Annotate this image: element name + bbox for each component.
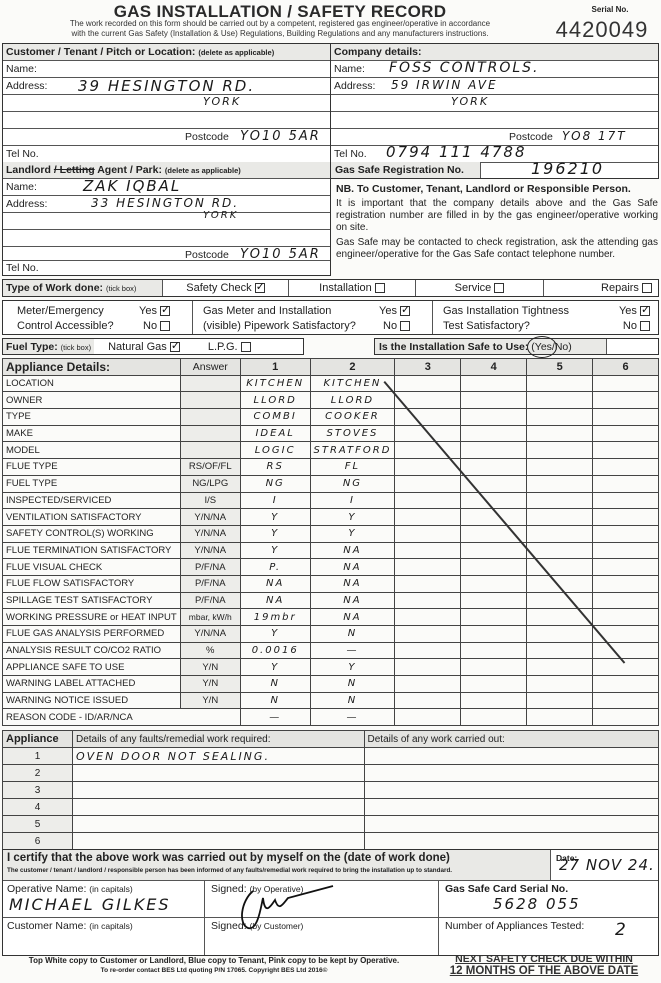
appliance-details-table: Appliance Details: Answer 1 2 3 4 5 6 LO…	[2, 358, 659, 726]
landlord-name-field[interactable]: ZAK IQBAL	[83, 177, 181, 195]
company-section: Company details: Name: FOSS CONTROLS. Ad…	[330, 43, 659, 179]
work-type-repairs[interactable]: Repairs	[544, 280, 658, 296]
table-row: APPLIANCE SAFE TO USEY/NYY	[3, 659, 659, 676]
service-checkbox[interactable]	[494, 283, 504, 293]
installation-safe-row: Is the Installation Safe to Use: (Yes/No…	[374, 338, 659, 355]
table-row: 6	[3, 833, 659, 850]
work-type-row: Type of Work done: (tick box) Safety Che…	[2, 279, 659, 297]
certify-statement: I certify that the above work was carrie…	[7, 852, 450, 864]
natural-gas-checkbox[interactable]	[170, 342, 180, 352]
tightness-no-checkbox[interactable]	[640, 321, 650, 331]
installation-checkbox[interactable]	[375, 283, 385, 293]
copies-note: Top White copy to Customer or Landlord, …	[4, 956, 424, 965]
operative-name-field[interactable]: MICHAEL GILKES	[9, 895, 171, 914]
landlord-address-line2[interactable]: YORK	[203, 210, 238, 221]
table-row: WARNING LABEL ATTACHEDY/NNN	[3, 676, 659, 693]
table-row: SPILLAGE TEST SATISFACTORYP/F/NANANA	[3, 592, 659, 609]
company-heading: Company details:	[334, 46, 422, 58]
table-row: 4	[3, 799, 659, 816]
table-row: 1OVEN DOOR NOT SEALING.	[3, 748, 659, 765]
yes-circled-mark	[527, 336, 557, 358]
checks-row: Meter/Emergency Control Accessible? Yes …	[2, 300, 659, 335]
table-row: LOCATIONKITCHENKITCHEN	[3, 375, 659, 392]
table-row: 5	[3, 816, 659, 833]
customer-address-line1[interactable]: 39 HESINGTON RD.	[78, 77, 255, 95]
table-row: MODELLOGICSTRATFORD	[3, 442, 659, 459]
landlord-heading: Landlord / Letting Agent / Park: (delete…	[6, 164, 241, 176]
serial-number: 4420049	[548, 17, 656, 43]
safe-to-use-options[interactable]: (Yes/No)	[531, 341, 571, 353]
table-row: FLUE VISUAL CHECKP/F/NAP.NA	[3, 559, 659, 576]
appliances-tested-field[interactable]: 2	[615, 920, 628, 940]
company-address-line2[interactable]: YORK	[451, 95, 489, 108]
pipework-no-checkbox[interactable]	[400, 321, 410, 331]
table-row: VENTILATION SATISFACTORYY/N/NAYY	[3, 509, 659, 526]
serial-label: Serial No.	[575, 5, 645, 14]
repairs-checkbox[interactable]	[642, 283, 652, 293]
company-address-line1[interactable]: 59 IRWIN AVE	[391, 78, 498, 92]
company-postcode-field[interactable]: YO8 17T	[562, 129, 627, 143]
customer-address-line2[interactable]: YORK	[203, 95, 241, 108]
lpg-checkbox[interactable]	[241, 342, 251, 352]
pipework-yes-checkbox[interactable]	[400, 306, 410, 316]
table-row: WORKING PRESSURE or HEAT INPUTmbar, kW/h…	[3, 609, 659, 626]
table-row: 3	[3, 782, 659, 799]
reorder-note: To re-order contact BES Ltd quoting P/N …	[4, 967, 424, 974]
natural-gas-option[interactable]: Natural Gas	[94, 341, 180, 353]
table-row: TYPECOMBICOOKER	[3, 409, 659, 426]
table-row: FLUE TYPERS/OF/FLRSFL	[3, 459, 659, 476]
company-name-field[interactable]: FOSS CONTROLS.	[389, 60, 540, 76]
table-row: ANALYSIS RESULT CO/CO2 RATIO%0.0016—	[3, 642, 659, 659]
form-subtitle: The work recorded on this form should be…	[0, 19, 560, 39]
meter-no-checkbox[interactable]	[160, 321, 170, 331]
meter-yes-checkbox[interactable]	[160, 306, 170, 316]
notice-box: NB. To Customer, Tenant, Landlord or Res…	[336, 183, 658, 261]
table-row: INSPECTED/SERVICEDI/SII	[3, 492, 659, 509]
table-row: FLUE GAS ANALYSIS PERFORMEDY/N/NAYN	[3, 626, 659, 643]
lpg-option[interactable]: L.P.G.	[180, 341, 251, 353]
gas-safe-card-field[interactable]: 5628 055	[493, 895, 581, 913]
gas-safe-reg-label: Gas Safe Registration No.	[335, 164, 464, 176]
table-row: 2	[3, 765, 659, 782]
company-tel-field[interactable]: 0794 111 4788	[386, 143, 527, 161]
table-row: FUEL TYPENG/LPGNGNG	[3, 475, 659, 492]
tightness-yes-checkbox[interactable]	[640, 306, 650, 316]
table-row: MAKEIDEALSTOVES	[3, 425, 659, 442]
safety-check-checkbox[interactable]	[255, 283, 265, 293]
table-row: WARNING NOTICE ISSUEDY/NNN	[3, 692, 659, 709]
work-type-service[interactable]: Service	[416, 280, 544, 296]
fuel-type-row: Fuel Type: (tick box) Natural Gas L.P.G.	[2, 338, 304, 355]
work-type-safety-check[interactable]: Safety Check	[163, 280, 289, 296]
landlord-address-line1[interactable]: 33 HESINGTON RD.	[91, 196, 239, 210]
appliance-table-header: Appliance Details: Answer 1 2 3 4 5 6	[3, 359, 659, 376]
table-row: SAFETY CONTROL(S) WORKINGY/N/NAYY	[3, 525, 659, 542]
next-check-line1: NEXT SAFETY CHECK DUE WITHIN	[430, 953, 658, 965]
next-check-line2: 12 MONTHS OF THE ABOVE DATE	[428, 965, 660, 977]
table-row: OWNERLLORDLLORD	[3, 392, 659, 409]
certification-section: I certify that the above work was carrie…	[2, 849, 659, 956]
date-field[interactable]: 27 NOV 24.	[559, 856, 655, 874]
customer-section: Customer / Tenant / Pitch or Location: (…	[2, 43, 331, 276]
gas-safe-reg-field[interactable]: 196210	[531, 159, 604, 178]
work-type-installation[interactable]: Installation	[289, 280, 416, 296]
customer-heading: Customer / Tenant / Pitch or Location:	[6, 46, 195, 58]
table-row: FLUE TERMINATION SATISFACTORYY/N/NAYNA	[3, 542, 659, 559]
faults-table: Appliance Details of any faults/remedial…	[2, 730, 659, 850]
customer-postcode-field[interactable]: YO10 5AR	[240, 129, 321, 144]
table-row: REASON CODE - ID/AR/NCA——	[3, 709, 659, 726]
